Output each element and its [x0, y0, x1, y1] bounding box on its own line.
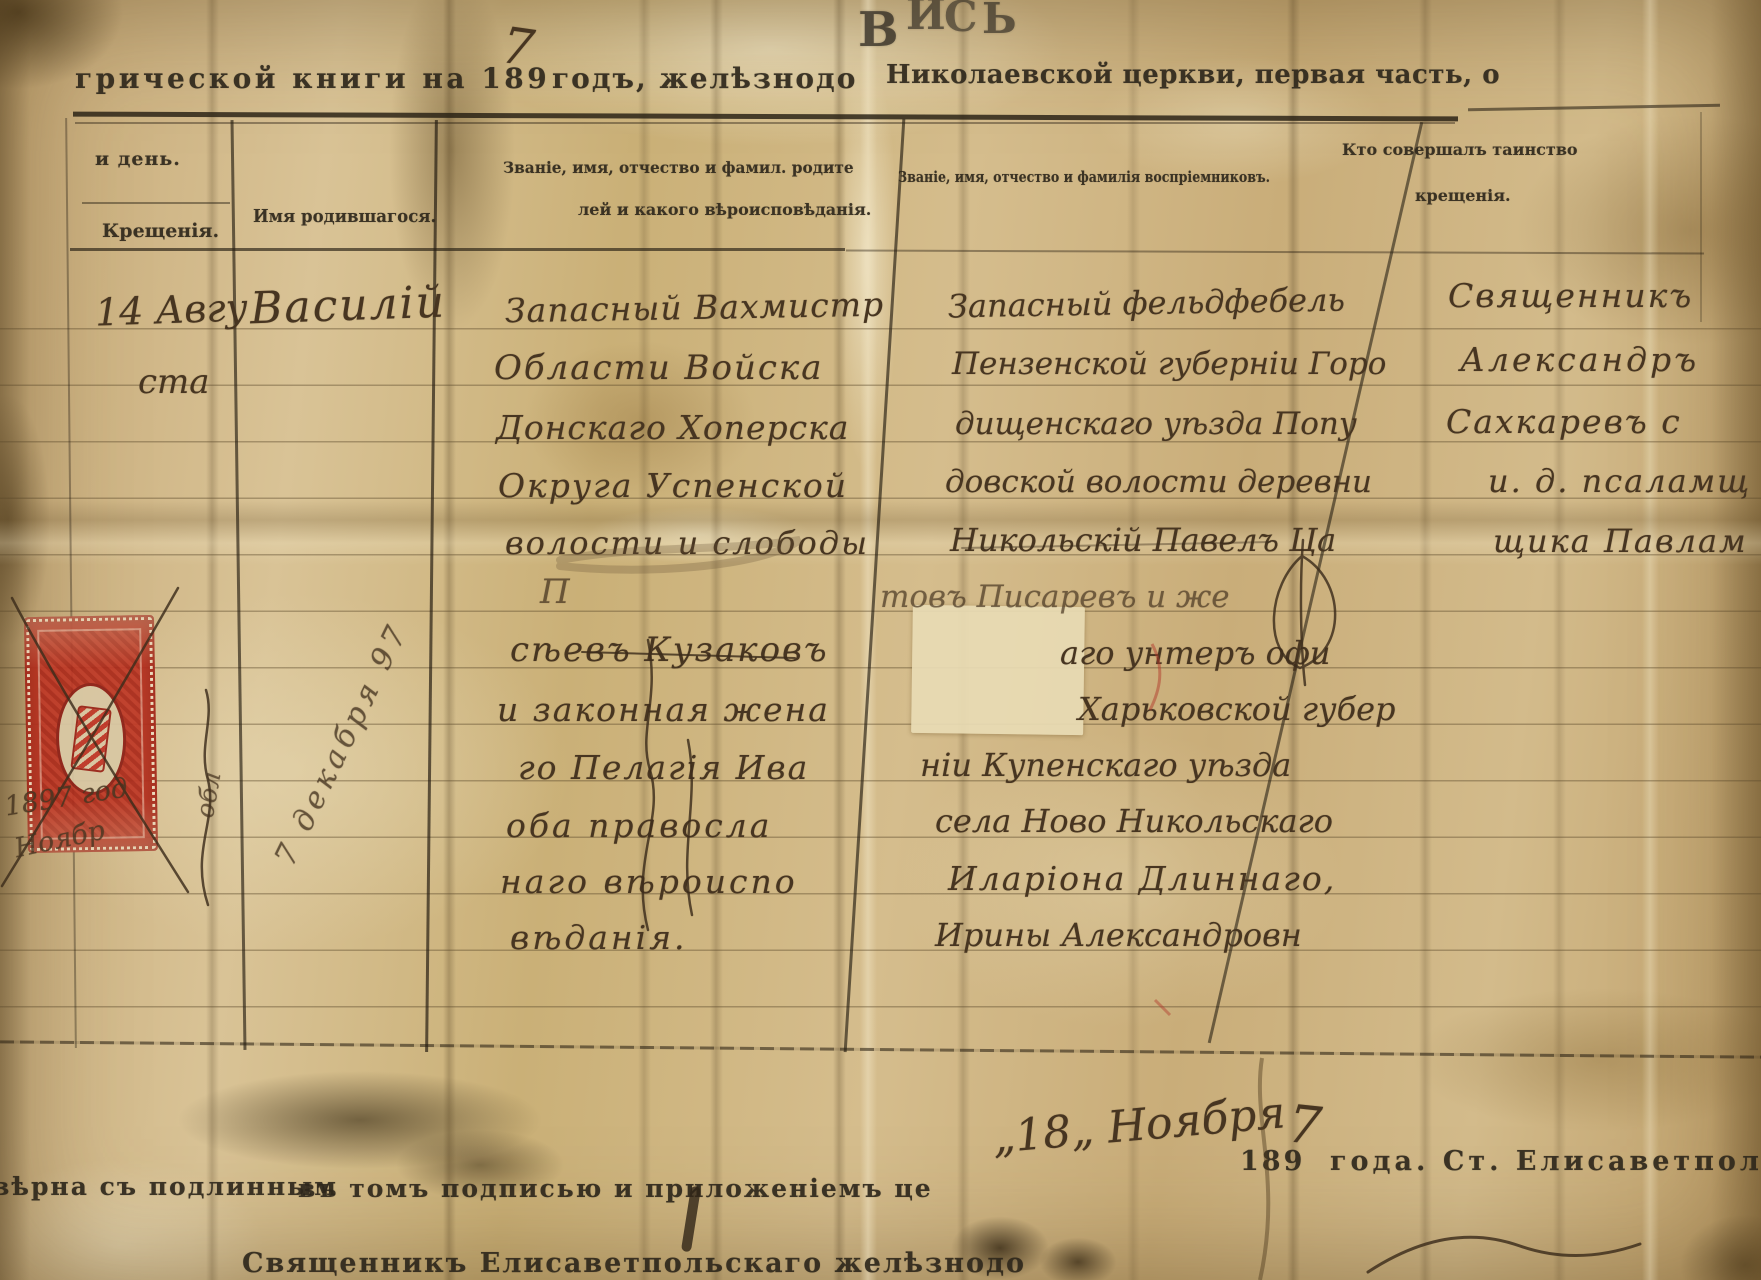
- red-pencil-mark: [1155, 1000, 1170, 1015]
- table-top-border-right: [1468, 104, 1720, 111]
- record-parents-line: Донскаго Хоперска: [496, 408, 849, 447]
- footer-date-year-digit: 7: [1285, 1094, 1324, 1157]
- record-godparents-line: Иларіона Длиннаго,: [948, 859, 1336, 898]
- title-letter-v: В: [858, 2, 899, 58]
- record-parents-line: Округа Успенской: [498, 466, 848, 505]
- record-godparents-line: дищенскаго уѣзда Попу: [955, 406, 1357, 442]
- record-date-line1: 14 Авгу: [94, 285, 248, 334]
- record-parents-line: П: [540, 572, 570, 612]
- annotation-diagonal: 7 декабря 97: [268, 617, 416, 872]
- table-top-border-echo: [75, 122, 1455, 124]
- record-priest-line: Александръ: [1460, 340, 1699, 379]
- record-priest-line: и. д. псаламщ: [1488, 462, 1751, 500]
- record-godparents-line: аго унтеръ офи: [1060, 634, 1331, 672]
- record-godparents-line: села Ново Никольскаго: [935, 802, 1333, 840]
- subtitle-left: грической книги на 189: [75, 62, 550, 95]
- pasted-paper-patch: [911, 605, 1085, 735]
- record-godparents-line: Запасный фельдфебель: [948, 281, 1345, 326]
- header-godparents: Званіе, имя, отчество и фамилія воспріем…: [898, 168, 1270, 186]
- col-line-godparents-priest: [1208, 122, 1423, 1043]
- table-left-border: [65, 118, 77, 1048]
- ledger-ruling-lines: [0, 273, 1761, 1052]
- record-priest-line: Священникъ: [1448, 276, 1693, 315]
- footer-date-printed-suffix: года. Ст. Елисаветполь: [1330, 1146, 1761, 1177]
- record-parents-line: наго вѣроиспо: [500, 862, 798, 901]
- record-parents-line: и законная жена: [497, 690, 830, 729]
- record-parents-line: оба правосла: [506, 806, 772, 845]
- header-name: Имя родившагося.: [253, 206, 436, 227]
- header-priest-line2: крещенія.: [1415, 186, 1511, 205]
- header-date-top: и день.: [95, 148, 181, 170]
- record-parents-line: волости и слободы: [505, 524, 869, 562]
- record-godparents-line: Ирины Александровн: [935, 916, 1302, 954]
- record-godparents-line: Харьковской губер: [1078, 690, 1396, 728]
- record-priest-line: щика Павлам: [1493, 522, 1748, 560]
- header-parents-line2: лей и какого вѣроисповѣданія.: [578, 200, 871, 219]
- table-bottom-border: [0, 1040, 1761, 1058]
- header-divider-left: [70, 248, 845, 251]
- record-date-line2: ста: [138, 362, 210, 402]
- record-parents-line: го Пелагія Ива: [518, 748, 809, 787]
- record-godparents-line: Пензенской губерніи Горо: [952, 346, 1386, 382]
- subtitle-right: Николаевской церкви, первая часть, о: [886, 60, 1500, 90]
- record-name: Василій: [249, 277, 447, 335]
- header-priest-line1: Кто совершалъ таинство: [1342, 140, 1578, 159]
- col-line-name-parents: [425, 120, 437, 1052]
- title-letter-soft: Ь: [982, 0, 1017, 43]
- footer-certify-right: въ томъ подписью и приложеніемъ це: [298, 1174, 933, 1203]
- table-top-border: [73, 112, 1458, 122]
- footer-priest-signature-line: Священникъ Елисаветпольскаго желѣзнодо: [242, 1248, 1026, 1279]
- col-line-date-name: [231, 120, 246, 1050]
- record-parents-line: сѣевъ Кузаковъ: [510, 630, 829, 670]
- signature-flourish: [1368, 1237, 1640, 1272]
- record-godparents-line: ніи Купенскаго уѣзда: [920, 746, 1291, 784]
- metric-book-extract-scan: В И С Ь грической книги на 189 7 годъ, ж…: [0, 0, 1761, 1280]
- header-date-bottom: Крещенія.: [102, 220, 219, 242]
- header-divider-right: [846, 250, 1704, 255]
- footer-certify-left: вѣрна съ подлинным: [0, 1172, 338, 1201]
- record-parents-line: Области Войска: [494, 348, 824, 388]
- table-right-border: [1700, 112, 1702, 322]
- date-cell-split-line: [82, 202, 230, 204]
- annotation-side: обл: [190, 769, 227, 820]
- record-parents-line: Запасный Вахмистр: [505, 285, 885, 331]
- title-letter-i: И: [906, 0, 946, 39]
- header-parents-line1: Званіе, имя, отчество и фамил. родите: [503, 158, 854, 177]
- record-priest-line: Сахкаревъ с: [1446, 402, 1682, 441]
- record-godparents-line: товъ Писаревъ и же: [880, 579, 1230, 615]
- subtitle-mid: годъ, желѣзнодо: [552, 62, 857, 95]
- record-parents-line: вѣданія.: [510, 918, 688, 957]
- title-letter-s: С: [944, 0, 977, 41]
- record-godparents-line: Никольскій Павелъ Ца: [950, 521, 1336, 559]
- record-godparents-line: довской волости деревни: [945, 464, 1372, 500]
- stamp-emblem: [70, 705, 112, 773]
